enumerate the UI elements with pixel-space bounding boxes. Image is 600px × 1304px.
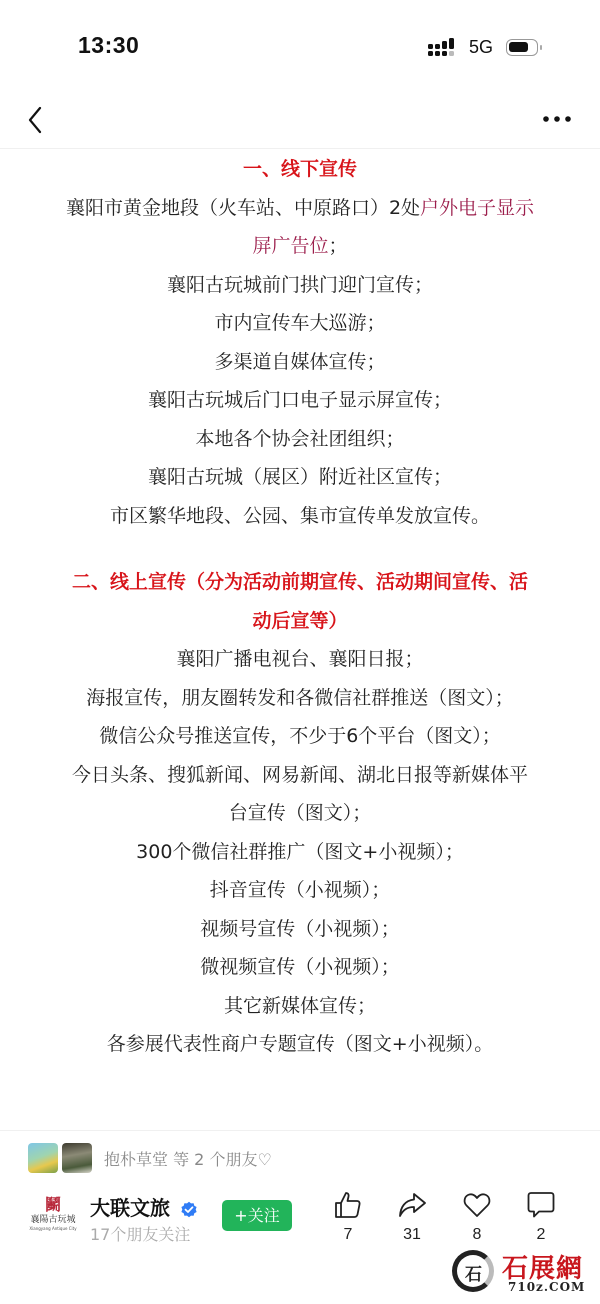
account-name-text: 大联文旅: [90, 1196, 170, 1220]
article-line: 襄阳市黄金地段（火车站、中原路口）2处户外电子显示: [0, 189, 600, 228]
article-line: 今日头条、搜狐新闻、网易新闻、湖北日报等新媒体平: [0, 756, 600, 795]
friends-liked-text: 抱朴草堂 等 2 个朋友♡: [104, 1147, 272, 1170]
share-count: 31: [392, 1226, 432, 1244]
watermark-logo: 石 石展網 710z.COM: [452, 1246, 600, 1304]
followers-text: 17个朋友关注: [90, 1222, 190, 1245]
back-chevron-icon[interactable]: [22, 100, 52, 140]
more-ellipsis-icon[interactable]: [540, 104, 574, 134]
favorite-button[interactable]: 8: [457, 1190, 497, 1244]
friend-avatar: [62, 1143, 92, 1173]
friend-avatar: [28, 1143, 58, 1173]
article-line: 襄阳古玩城前门拱门迎门宣传；: [0, 266, 600, 305]
logo-cn: 襄陽古玩城: [28, 1214, 78, 1226]
friends-liked[interactable]: 抱朴草堂 等 2 个朋友♡: [28, 1141, 272, 1175]
article-line: 其它新媒体宣传；: [0, 987, 600, 1026]
account-bar: 鬭 襄陽古玩城 Xiangyang Antique City 大联文旅 17个朋…: [0, 1190, 600, 1250]
comment-button[interactable]: 2: [521, 1190, 561, 1244]
verified-badge-icon: [180, 1201, 198, 1219]
favorite-count: 8: [457, 1226, 497, 1244]
article-line: 抖音宣传（小视频）；: [0, 871, 600, 910]
clock: 13:30: [78, 32, 139, 59]
article-line: 各参展代表性商户专题宣传（图文+小视频）。: [0, 1025, 600, 1064]
logo-en: Xiangyang Antique City: [28, 1226, 78, 1232]
battery-icon: [506, 39, 538, 56]
divider: [0, 1130, 600, 1131]
logo-mark: 鬭: [28, 1196, 78, 1214]
status-bar: 13:30 5G: [0, 0, 600, 90]
comment-bubble-icon: [526, 1190, 556, 1220]
article-line: 视频号宣传（小视频）；: [0, 910, 600, 949]
heart-icon: [462, 1190, 492, 1220]
article-line: 襄阳古玩城（展区）附近社区宣传；: [0, 458, 600, 497]
article-line: 台宣传（图文）；: [0, 794, 600, 833]
watermark-emblem-icon: 石: [452, 1250, 494, 1292]
watermark-glyph: 石: [465, 1260, 482, 1285]
text: 襄阳市黄金地段（火车站、中原路口）2处: [66, 197, 420, 219]
text: ；: [329, 235, 348, 257]
article-line: 海报宣传，朋友圈转发和各微信社群推送（图文）；: [0, 679, 600, 718]
article-line: 微信公众号推送宣传，不少于6个平台（图文）；: [0, 717, 600, 756]
account-avatar[interactable]: 鬭 襄陽古玩城 Xiangyang Antique City: [28, 1196, 78, 1246]
article-line: 300个微信社群推广（图文+小视频）；: [0, 833, 600, 872]
section-heading-online: 二、线上宣传（分为活动前期宣传、活动期间宣传、活: [0, 563, 600, 602]
article-line: 多渠道自媒体宣传；: [0, 343, 600, 382]
account-name[interactable]: 大联文旅: [90, 1192, 198, 1221]
signal-icon: [428, 38, 462, 60]
network-type: 5G: [469, 37, 493, 58]
article-body: 一、线下宣传 襄阳市黄金地段（火车站、中原路口）2处户外电子显示 屏广告位； 襄…: [0, 150, 600, 1064]
thumbs-up-icon: [333, 1190, 363, 1220]
article-line: 襄阳古玩城后门口电子显示屏宣传；: [0, 381, 600, 420]
article-line: 微视频宣传（小视频）；: [0, 948, 600, 987]
share-arrow-icon: [397, 1190, 427, 1220]
section-heading-online-cont: 动后宣等）: [0, 602, 600, 641]
article-line: 本地各个协会社团组织；: [0, 420, 600, 459]
watermark-en: 710z.COM: [508, 1280, 585, 1294]
highlight-text: 户外电子显示: [420, 197, 534, 219]
share-button[interactable]: 31: [392, 1190, 432, 1244]
article-line: 襄阳广播电视台、襄阳日报；: [0, 640, 600, 679]
like-count: 7: [328, 1226, 368, 1244]
like-button[interactable]: 7: [328, 1190, 368, 1244]
article-line: 屏广告位；: [0, 227, 600, 266]
nav-bar: [0, 92, 600, 149]
follow-button[interactable]: +关注: [222, 1200, 292, 1231]
article-line: 市区繁华地段、公园、集市宣传单发放宣传。: [0, 497, 600, 536]
comment-count: 2: [521, 1226, 561, 1244]
highlight-text: 屏广告位: [252, 235, 328, 257]
article-line: 市内宣传车大巡游；: [0, 304, 600, 343]
section-heading-offline: 一、线下宣传: [0, 150, 600, 189]
